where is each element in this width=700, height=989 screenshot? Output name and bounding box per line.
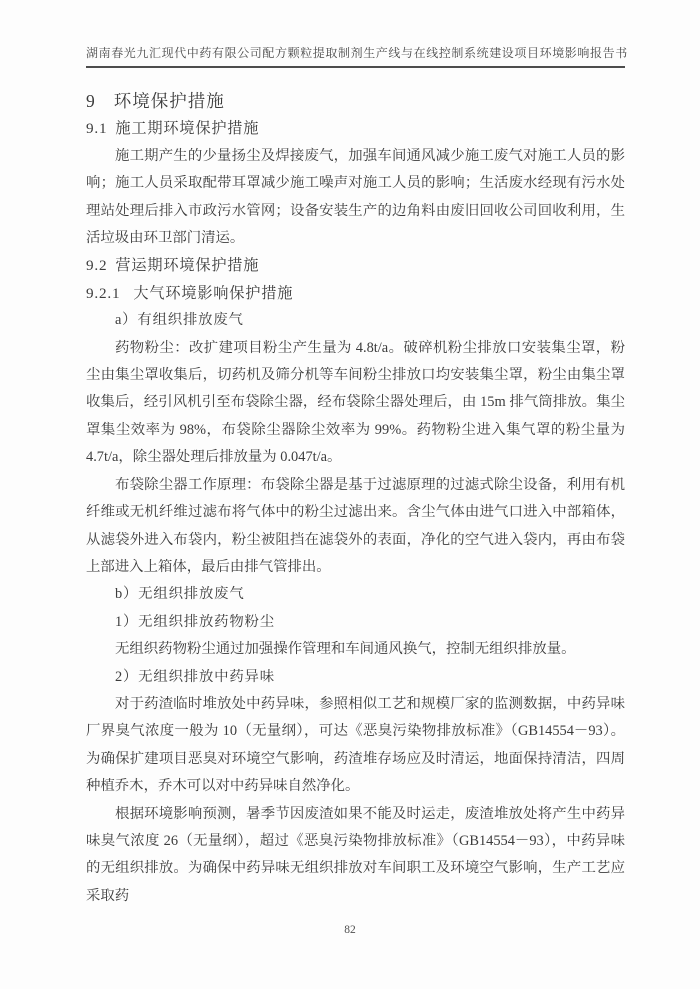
page-number: 82 — [0, 924, 700, 936]
document-body: 9环境保护措施 9.1施工期环境保护措施 施工期产生的少量扬尘及焊接废气，加强车… — [86, 88, 625, 910]
section-9-number: 9 — [86, 91, 96, 111]
paragraph-odor-prediction: 根据环境影响预测，暑季节因废渣如果不能及时运走，废渣堆放处将产生中药异味臭气浓度… — [86, 801, 625, 911]
section-9-2-number: 9.2 — [86, 257, 107, 274]
paragraph-fugitive-dust-control: 无组织药物粉尘通过加强操作管理和车间通风换气，控制无组织排放量。 — [86, 636, 625, 663]
section-9-heading: 9环境保护措施 — [86, 88, 625, 115]
list-item-b-fugitive-exhaust: b）无组织排放废气 — [86, 581, 625, 608]
section-9-2-1-heading: 9.2.1大气环境影响保护措施 — [86, 280, 625, 307]
section-9-1-heading: 9.1施工期环境保护措施 — [86, 115, 625, 142]
paragraph-drug-dust: 药物粉尘：改扩建项目粉尘产生量为 4.8t/a。破碎机粉尘排放口安装集尘罩，粉尘… — [86, 335, 625, 472]
section-9-1-title: 施工期环境保护措施 — [115, 120, 259, 137]
list-item-2-tcm-odor: 2）无组织排放中药异味 — [86, 664, 625, 691]
section-9-2-1-title: 大气环境影响保护措施 — [133, 285, 293, 302]
section-9-2-title: 营运期环境保护措施 — [115, 257, 259, 274]
paragraph-odor-reference: 对于药渣临时堆放处中药异味，参照相似工艺和规模厂家的监测数据，中药异味厂界臭气浓… — [86, 691, 625, 801]
section-9-1-number: 9.1 — [86, 120, 107, 137]
paragraph-baghouse-principle: 布袋除尘器工作原理：布袋除尘器是基于过滤原理的过滤式除尘设备，利用有机纤维或无机… — [86, 472, 625, 582]
section-9-title: 环境保护措施 — [114, 91, 225, 111]
section-9-2-heading: 9.2营运期环境保护措施 — [86, 252, 625, 279]
running-header: 湖南春光九汇现代中药有限公司配方颗粒提取制剂生产线与在线控制系统建设项目环境影响… — [86, 45, 625, 66]
paragraph-construction-measures: 施工期产生的少量扬尘及焊接废气，加强车间通风减少施工废气对施工人员的影响；施工人… — [86, 143, 625, 253]
list-item-a-organized-exhaust: a）有组织排放废气 — [86, 307, 625, 334]
list-item-1-fugitive-dust: 1）无组织排放药物粉尘 — [86, 609, 625, 636]
section-9-2-1-number: 9.2.1 — [86, 285, 120, 302]
document-page: 湖南春光九汇现代中药有限公司配方颗粒提取制剂生产线与在线控制系统建设项目环境影响… — [0, 0, 700, 989]
header-block: 湖南春光九汇现代中药有限公司配方颗粒提取制剂生产线与在线控制系统建设项目环境影响… — [86, 0, 625, 68]
